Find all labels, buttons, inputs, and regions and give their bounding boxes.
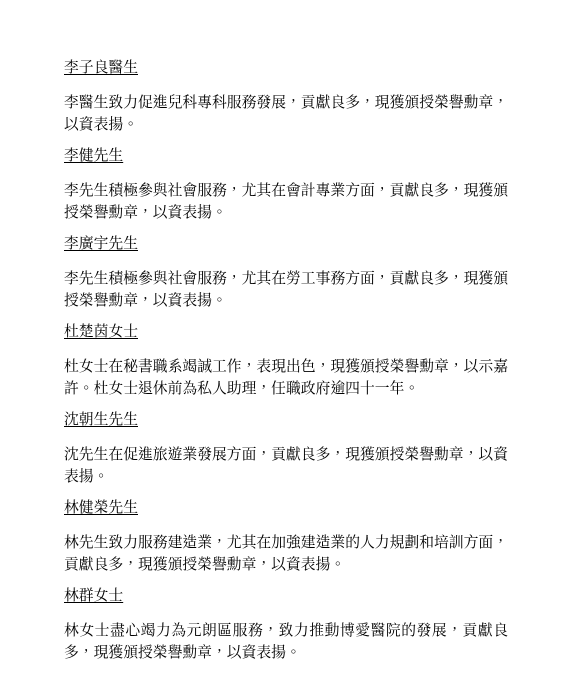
honour-entry: 沈朝生先生 沈先生在促進旅遊業發展方面，貢獻良多，現獲頒授榮譽勳章，以資表揚。 xyxy=(64,409,508,488)
citation-text: 杜女士在秘書職系竭誠工作，表現出色，現獲頒授榮譽勳章，以示嘉許。杜女士退休前為私… xyxy=(64,356,508,400)
honour-entry: 李廣宇先生 李先生積極參與社會服務，尤其在勞工事務方面，貢獻良多，現獲頒授榮譽勳… xyxy=(64,233,508,312)
honour-entry: 李子良醫生 李醫生致力促進兒科專科服務發展，貢獻良多，現獲頒授榮譽勳章，以資表揚… xyxy=(64,57,508,136)
citation-text: 林先生致力服務建造業，尤其在加強建造業的人力規劃和培訓方面，貢獻良多，現獲頒授榮… xyxy=(64,532,508,576)
recipient-name: 林健榮先生 xyxy=(64,497,508,519)
citation-text: 沈先生在促進旅遊業發展方面，貢獻良多，現獲頒授榮譽勳章，以資表揚。 xyxy=(64,444,508,488)
document-page: 李子良醫生 李醫生致力促進兒科專科服務發展，貢獻良多，現獲頒授榮譽勳章，以資表揚… xyxy=(0,0,572,698)
honours-list: 李子良醫生 李醫生致力促進兒科專科服務發展，貢獻良多，現獲頒授榮譽勳章，以資表揚… xyxy=(64,57,508,664)
citation-text: 李先生積極參與社會服務，尤其在會計專業方面，貢獻良多，現獲頒授榮譽勳章，以資表揚… xyxy=(64,180,508,224)
honour-entry: 杜楚茵女士 杜女士在秘書職系竭誠工作，表現出色，現獲頒授榮譽勳章，以示嘉許。杜女… xyxy=(64,321,508,400)
recipient-name: 李廣宇先生 xyxy=(64,233,508,255)
citation-text: 林女士盡心竭力為元朗區服務，致力推動博愛醫院的發展，貢獻良多，現獲頒授榮譽勳章，… xyxy=(64,620,508,664)
honour-entry: 林群女士 林女士盡心竭力為元朗區服務，致力推動博愛醫院的發展，貢獻良多，現獲頒授… xyxy=(64,585,508,664)
recipient-name: 林群女士 xyxy=(64,585,508,607)
recipient-name: 杜楚茵女士 xyxy=(64,321,508,343)
recipient-name: 李子良醫生 xyxy=(64,57,508,79)
recipient-name: 李健先生 xyxy=(64,145,508,167)
citation-text: 李醫生致力促進兒科專科服務發展，貢獻良多，現獲頒授榮譽勳章，以資表揚。 xyxy=(64,92,508,136)
honour-entry: 李健先生 李先生積極參與社會服務，尤其在會計專業方面，貢獻良多，現獲頒授榮譽勳章… xyxy=(64,145,508,224)
honour-entry: 林健榮先生 林先生致力服務建造業，尤其在加強建造業的人力規劃和培訓方面，貢獻良多… xyxy=(64,497,508,576)
recipient-name: 沈朝生先生 xyxy=(64,409,508,431)
citation-text: 李先生積極參與社會服務，尤其在勞工事務方面，貢獻良多，現獲頒授榮譽勳章，以資表揚… xyxy=(64,268,508,312)
